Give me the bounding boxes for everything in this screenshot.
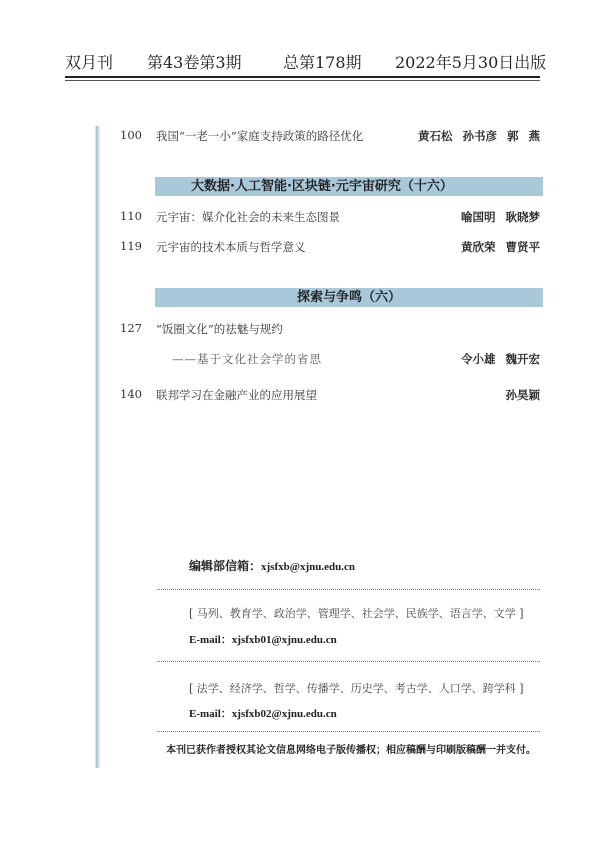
- toc-authors: 令小雄 魏开宏: [461, 351, 540, 367]
- editorial-email-link[interactable]: xjsfxb@xjnu.edu.cn: [261, 561, 355, 573]
- section-heading: 探索与争鸣（六）: [155, 288, 543, 307]
- editorial-mailbox: 编辑部信箱：xjsfxb@xjnu.edu.cn: [189, 557, 355, 574]
- email-link-1[interactable]: xjsfxb01@xjnu.edu.cn: [232, 634, 337, 646]
- toc-article-title[interactable]: 元宇宙：媒介化社会的未来生态图景: [156, 209, 340, 225]
- toc-page-number: 100: [120, 128, 150, 142]
- subject-list-1: [ 马列、教育学、政治学、管理学、社会学、民族学、语言学、文学 ]: [189, 605, 524, 621]
- toc-entry[interactable]: 110 元宇宙：媒介化社会的未来生态图景 喻国明 耿晓梦: [120, 209, 540, 227]
- toc-authors: 孙昊颖: [506, 387, 541, 403]
- header-rule-thick: [65, 76, 540, 78]
- editorial-mailbox-label: 编辑部信箱：: [189, 559, 261, 573]
- toc-entry[interactable]: 100 我国“一老一小”家庭支持政策的路径优化 黄石松 孙书彦 郭 燕: [120, 128, 540, 146]
- frequency-label: 双月刊: [65, 50, 113, 73]
- toc-authors: 黄石松 孙书彦 郭 燕: [418, 128, 540, 144]
- copyright-notice: 本刊已获作者授权其论文信息网络电子版传播权；相应稿酬与印刷版稿酬一并支付。: [166, 741, 536, 756]
- email-label: E-mail：: [189, 708, 232, 720]
- volume-issue-label: 第43卷第3期: [147, 50, 242, 73]
- total-issue-label: 总第178期: [283, 50, 362, 73]
- toc-article-title[interactable]: 我国“一老一小”家庭支持政策的路径优化: [156, 128, 363, 144]
- toc-entry-subtitle-row: ——基于文化社会学的省思 令小雄 魏开宏: [120, 351, 540, 369]
- toc-article-title[interactable]: “饭圈文化”的祛魅与规约: [156, 321, 283, 337]
- toc-authors: 喻国明 耿晓梦: [461, 209, 540, 225]
- email-line-2: E-mail：xjsfxb02@xjnu.edu.cn: [189, 705, 337, 721]
- toc-article-subtitle: ——基于文化社会学的省思: [172, 351, 322, 367]
- toc-article-title[interactable]: 联邦学习在金融产业的应用展望: [156, 387, 317, 403]
- toc-article-title[interactable]: 元宇宙的技术本质与哲学意义: [156, 239, 306, 255]
- side-decorative-bar: [95, 126, 100, 768]
- email-link-2[interactable]: xjsfxb02@xjnu.edu.cn: [232, 708, 337, 720]
- toc-entry[interactable]: 127 “饭圈文化”的祛魅与规约: [120, 321, 540, 339]
- toc-page-number: 110: [120, 209, 150, 223]
- publish-date-label: 2022年5月30日出版: [395, 50, 546, 73]
- toc-entry[interactable]: 119 元宇宙的技术本质与哲学意义 黄欣荣 曹贤平: [120, 239, 540, 257]
- section-heading: 大数据·人工智能·区块链·元宇宙研究（十六）: [155, 177, 543, 196]
- email-line-1: E-mail：xjsfxb01@xjnu.edu.cn: [189, 631, 337, 647]
- header-rule-thin: [65, 80, 540, 81]
- toc-page-number: 127: [120, 321, 150, 335]
- toc-page-number: 119: [120, 239, 150, 253]
- dotted-divider: [157, 661, 540, 662]
- masthead: 双月刊 第43卷第3期 总第178期 2022年5月30日出版: [65, 50, 540, 72]
- subject-list-2: [ 法学、经济学、哲学、传播学、历史学、考古学、人口学、跨学科 ]: [189, 680, 524, 696]
- toc-page-number: 140: [120, 387, 150, 401]
- dotted-divider: [157, 589, 540, 590]
- email-label: E-mail：: [189, 634, 232, 646]
- toc-entry[interactable]: 140 联邦学习在金融产业的应用展望 孙昊颖: [120, 387, 540, 405]
- toc-authors: 黄欣荣 曹贤平: [461, 239, 540, 255]
- dotted-divider: [157, 731, 540, 732]
